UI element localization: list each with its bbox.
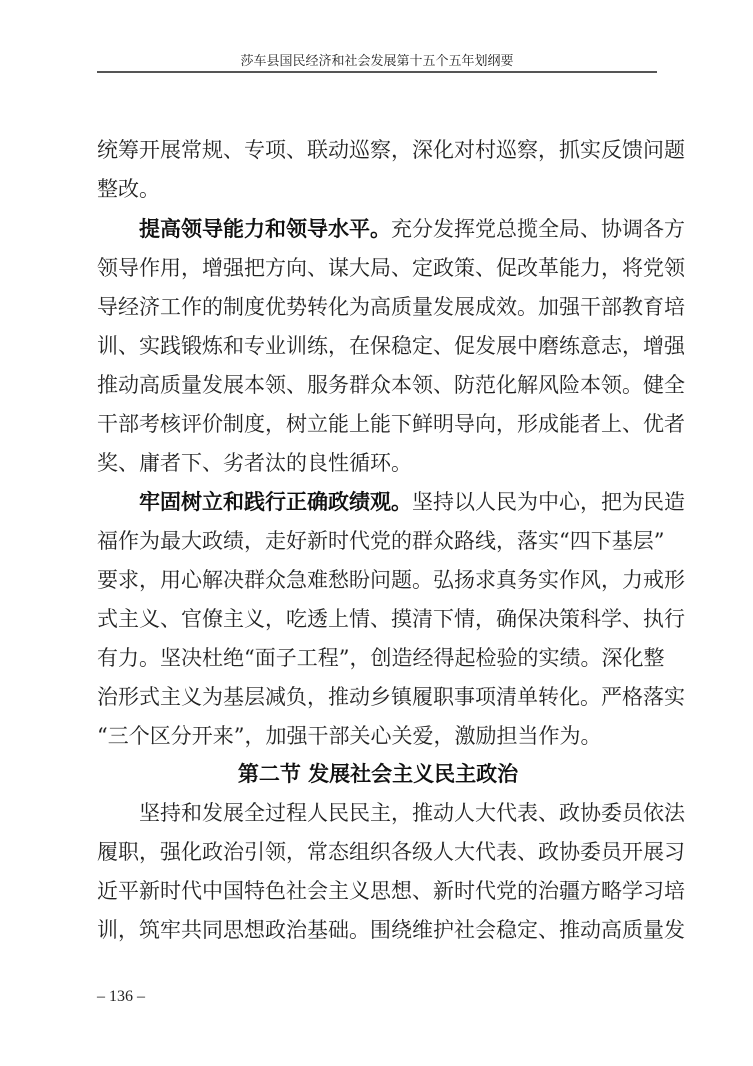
paragraph-lead-line: 提高领导能力和领导水平。充分发挥党总揽全局、协调各方 [139, 214, 659, 244]
paragraph-line: 推动高质量发展本领、服务群众本领、防范化解风险本领。健全 [97, 370, 659, 400]
paragraph-lead-bold: 提高领导能力和领导水平。 [139, 216, 391, 241]
paragraph-lead-rest: 充分发挥党总揽全局、协调各方 [391, 217, 685, 241]
page-number: – 136 – [97, 988, 145, 1006]
document-page: 莎车县国民经济和社会发展第十五个五年划纲要 统筹开展常规、专项、联动巡察，深化对… [0, 0, 753, 1066]
paragraph-line: 训，筑牢共同思想政治基础。围绕维护社会稳定、推动高质量发 [97, 915, 659, 945]
paragraph-line: 式主义、官僚主义，吃透上情、摸清下情，确保决策科学、执行 [97, 604, 659, 634]
paragraph-line: 导经济工作的制度优势转化为高质量发展成效。加强干部教育培 [97, 292, 659, 322]
paragraph-line: 福作为最大政绩，走好新时代党的群众路线，落实“四下基层” [97, 526, 659, 556]
paragraph-line: 训、实践锻炼和专业训练，在保稳定、促发展中磨练意志，增强 [97, 331, 659, 361]
paragraph-line: 履职，强化政治引领，常态组织各级人大代表、政协委员开展习 [97, 837, 659, 867]
paragraph-line: 有力。坚决杜绝“面子工程”，创造经得起检验的实绩。深化整 [97, 643, 659, 673]
paragraph-lead-line: 牢固树立和践行正确政绩观。坚持以人民为中心，把为民造 [139, 487, 659, 517]
running-header-title: 莎车县国民经济和社会发展第十五个五年划纲要 [97, 50, 657, 69]
paragraph-line: “三个区分开来”，加强干部关心关爱，激励担当作为。 [97, 721, 659, 751]
section-heading: 第二节 发展社会主义民主政治 [97, 759, 659, 789]
paragraph-lead-bold: 牢固树立和践行正确政绩观。 [139, 489, 412, 514]
paragraph-line: 干部考核评价制度，树立能上能下鲜明导向，形成能者上、优者 [97, 409, 659, 439]
paragraph-line: 近平新时代中国特色社会主义思想、新时代党的治疆方略学习培 [97, 876, 659, 906]
paragraph-line: 要求，用心解决群众急难愁盼问题。弘扬求真务实作风，力戒形 [97, 565, 659, 595]
paragraph-line: 坚持和发展全过程人民民主，推动人大代表、政协委员依法 [139, 798, 659, 828]
header-rule [97, 71, 657, 73]
paragraph-line: 整改。 [97, 174, 659, 204]
paragraph-lead-rest: 坚持以人民为中心，把为民造 [412, 490, 685, 514]
paragraph-line: 治形式主义为基层减负，推动乡镇履职事项清单转化。严格落实 [97, 682, 659, 712]
paragraph-line: 统筹开展常规、专项、联动巡察，深化对村巡察，抓实反馈问题 [97, 135, 659, 165]
paragraph-line: 领导作用，增强把方向、谋大局、定政策、促改革能力，将党领 [97, 253, 659, 283]
paragraph-line: 奖、庸者下、劣者汰的良性循环。 [97, 448, 659, 478]
